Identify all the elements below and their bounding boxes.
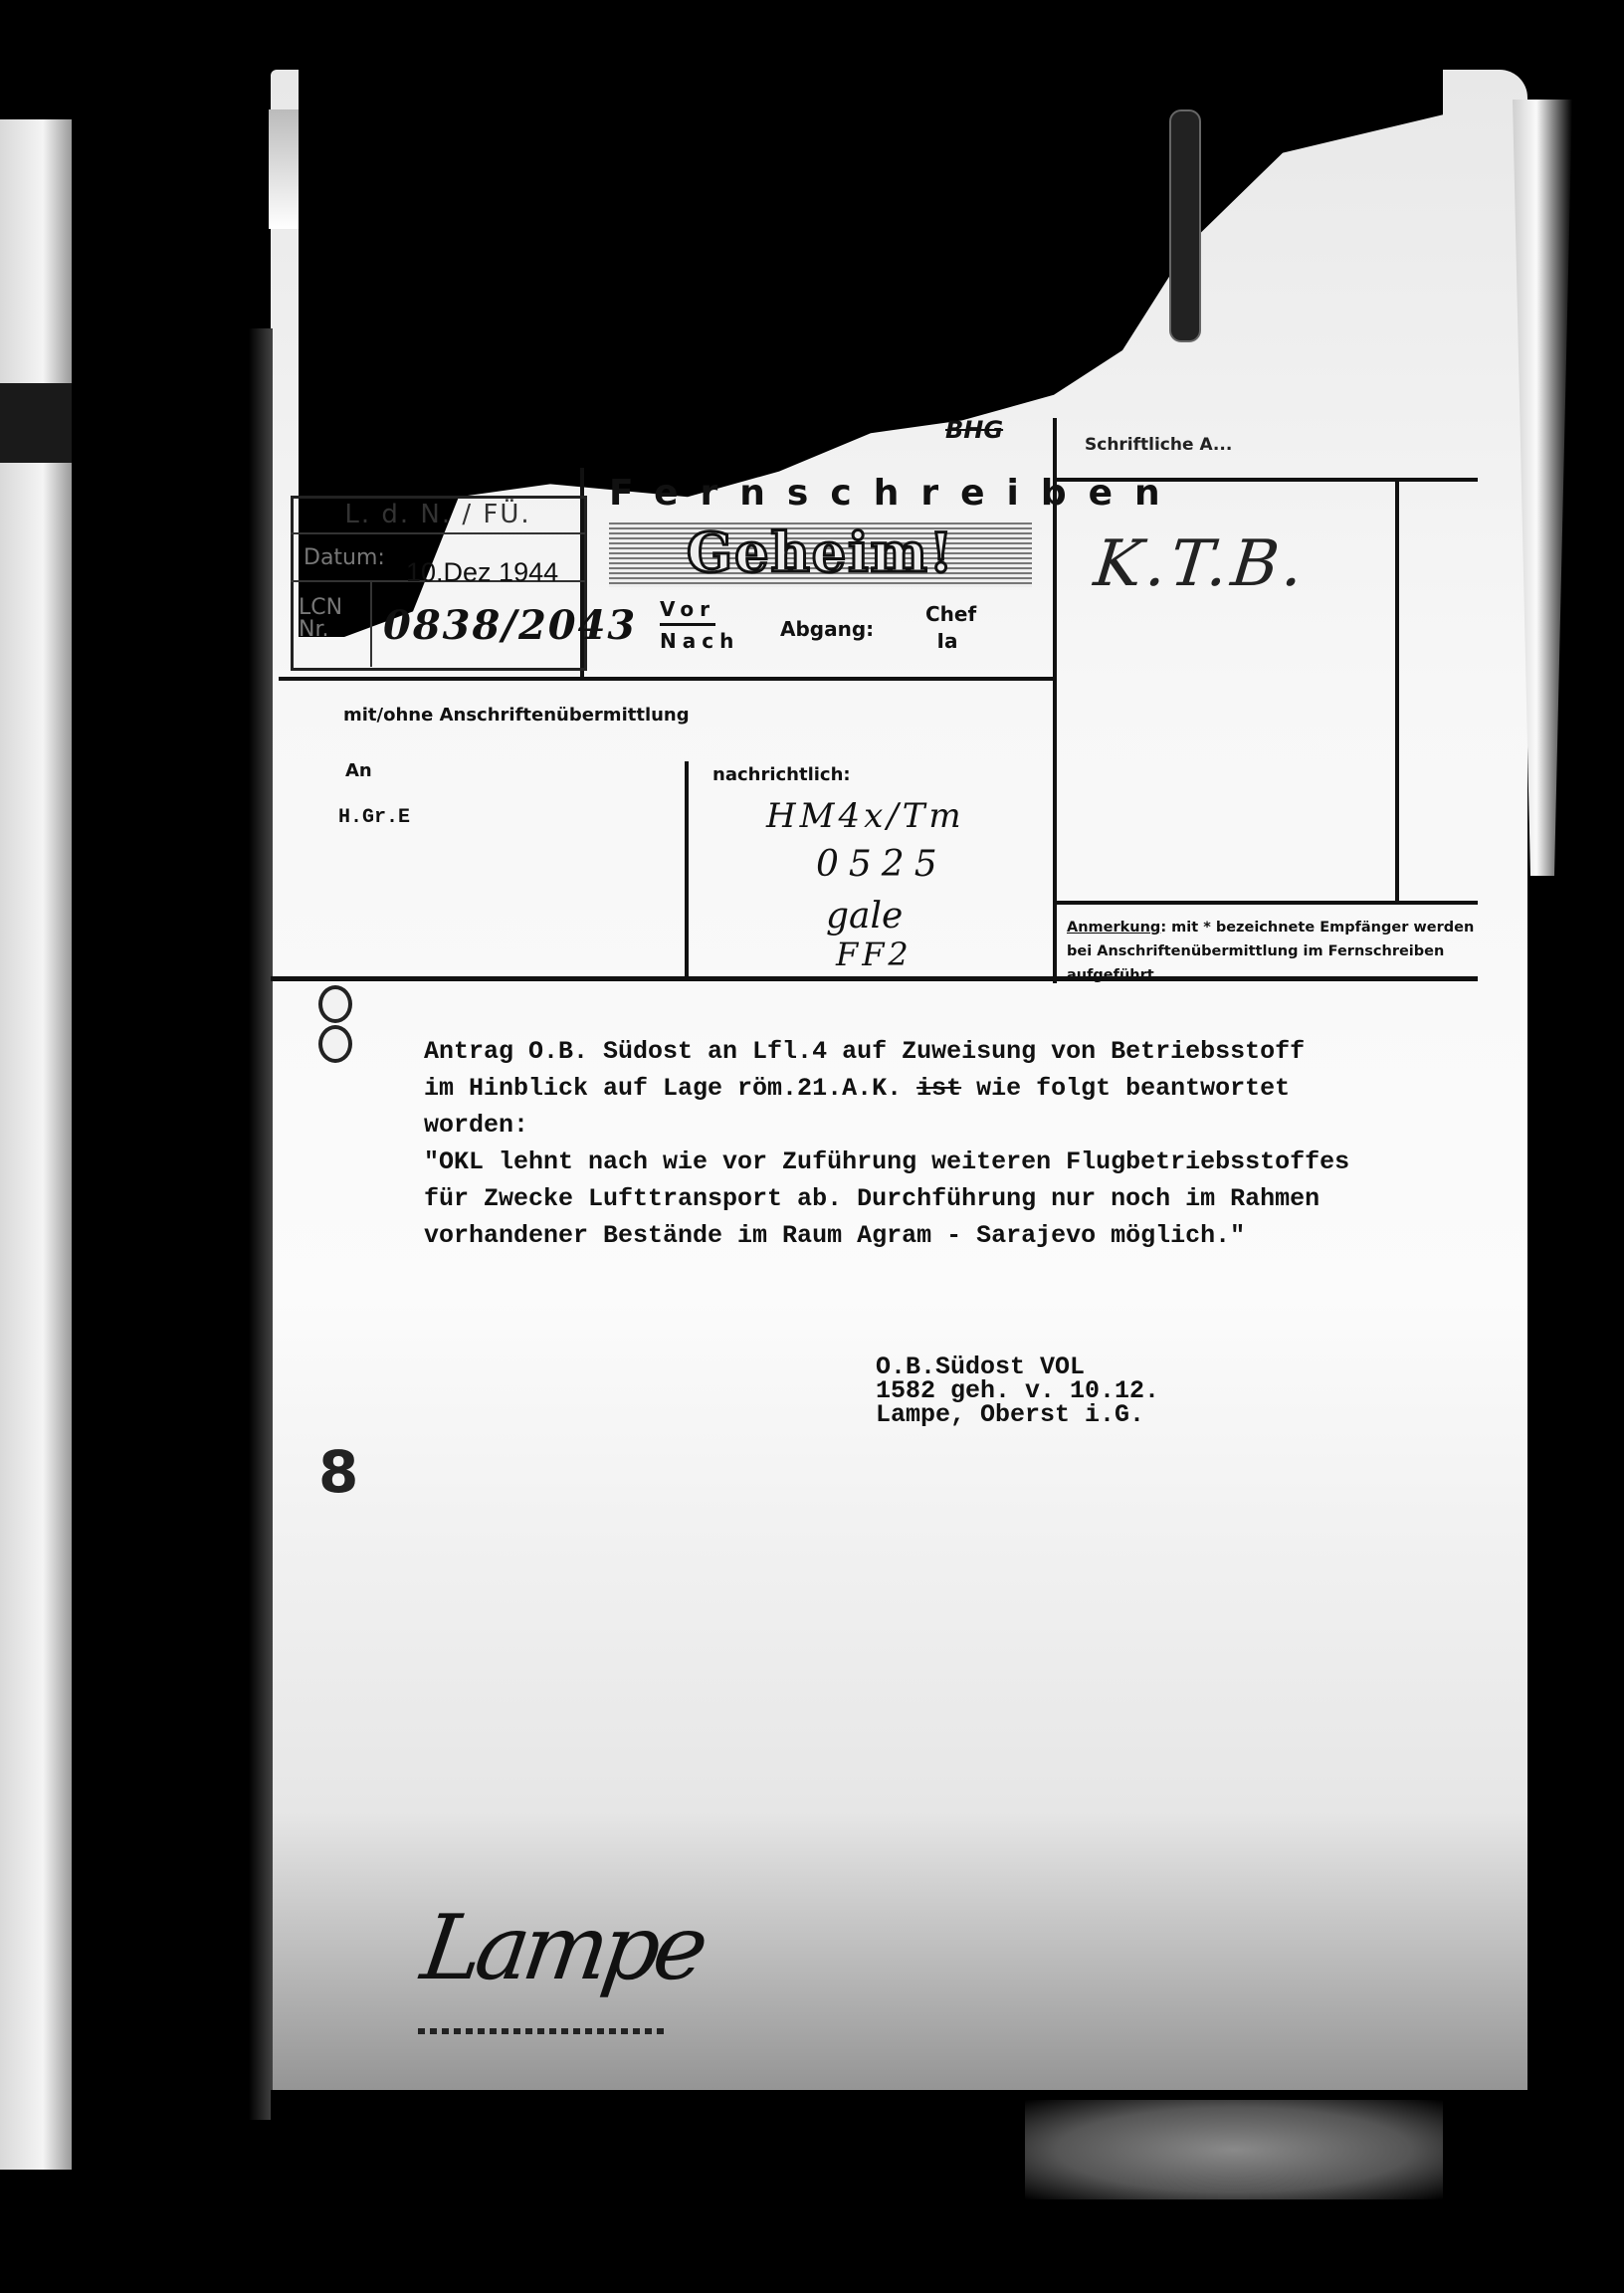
signature-line: Lampe, Oberst i.G. — [876, 1403, 1159, 1427]
cc-handwritten-line: 0525 — [816, 844, 947, 885]
stamp-rule — [370, 582, 372, 667]
cc-handwritten-line: FF2 — [836, 936, 913, 973]
body-line-part: im Hinblick auf Lage röm.21.A.K. — [424, 1074, 916, 1103]
cc-handwritten-line: HM4x/Tm — [766, 796, 965, 836]
handwritten-ktb: K.T.B. — [1091, 527, 1311, 601]
recipient-label: An — [345, 760, 372, 781]
stamp-datum-value: 10.Dez 1944 — [406, 557, 558, 588]
body-line-part: wie folgt beantwortet — [961, 1074, 1290, 1103]
stamp-nr-label: LCN Nr. — [299, 597, 358, 641]
classification-label: Geheim! — [687, 521, 954, 584]
header-divider — [279, 677, 1055, 681]
body-line: für Zwecke Lufttransport ab. Durchführun… — [424, 1180, 1349, 1217]
signature-block: O.B.Südost VOL1582 geh. v. 10.12.Lampe, … — [876, 1355, 1159, 1427]
anmerkung-label: Anmerkung — [1067, 920, 1160, 936]
address-mode-label: mit/ohne Anschriftenübermittlung — [343, 705, 690, 726]
stamp-datum-label: Datum: — [304, 545, 385, 570]
punch-hole — [318, 1025, 352, 1063]
vor-label: Vor — [660, 597, 715, 626]
form-title: Fernschreiben — [609, 473, 1182, 514]
anmerkung-line — [1055, 901, 1478, 905]
right-panel-header: Schriftliche A... — [1085, 435, 1232, 455]
signature-dotted-line — [418, 2028, 667, 2034]
right-panel-inner-divider — [1395, 480, 1399, 902]
page-left-shadow — [249, 328, 273, 2120]
stamp-title: L. d. N. / FÜ. — [291, 500, 585, 529]
ia-label: Ia — [925, 629, 969, 653]
punch-hole — [318, 985, 352, 1023]
margin-mark: 8 — [318, 1438, 358, 1506]
bottom-glare — [1025, 2100, 1443, 2199]
cc-handwritten-line: gale — [826, 896, 903, 937]
chef-label: Chef — [925, 602, 969, 626]
struck-word: ist — [916, 1074, 961, 1103]
message-body: Antrag O.B. Südost an Lfl.4 auf Zuweisun… — [424, 1033, 1349, 1254]
body-line: Antrag O.B. Südost an Lfl.4 auf Zuweisun… — [424, 1033, 1349, 1070]
abgang-label: Abgang: — [780, 617, 874, 641]
stamp-rule — [291, 532, 585, 534]
pen — [1169, 109, 1201, 342]
handwritten-signature: Lampe — [416, 1896, 709, 2000]
nachrichtlich-divider — [685, 761, 689, 980]
cc-label: nachrichtlich: — [712, 764, 851, 785]
handwritten-mark: BHG — [945, 416, 1003, 444]
body-line: im Hinblick auf Lage röm.21.A.K. ist wie… — [424, 1070, 1349, 1107]
body-line: vorhandener Bestände im Raum Agram - Sar… — [424, 1217, 1349, 1254]
recipient-value: H.Gr.E — [338, 806, 410, 829]
body-line: worden: — [424, 1107, 1349, 1144]
stamp-nr-value: 0838/2043 — [383, 602, 637, 649]
nach-label: Nach — [660, 629, 739, 653]
body-line: "OKL lehnt nach wie vor Zuführung weiter… — [424, 1144, 1349, 1180]
adjacent-page-shadow — [0, 383, 72, 463]
anmerkung-note: Anmerkung: mit * bezeichnete Empfänger w… — [1067, 916, 1485, 987]
